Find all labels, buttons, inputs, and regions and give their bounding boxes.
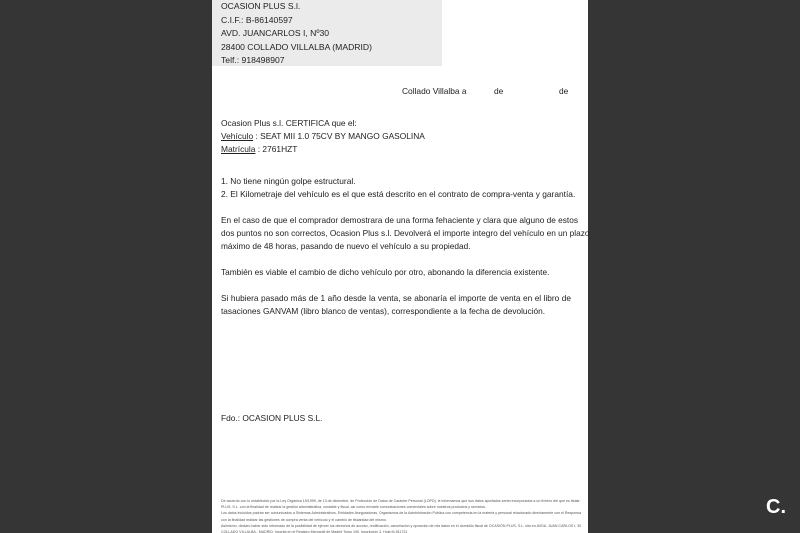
plate-line: Matrícula : 2761HZT (221, 143, 297, 156)
paragraph-exchange: También es viable el cambio de dicho veh… (221, 266, 571, 279)
vehicle-line: Vehículo : SEAT MII 1.0 75CV BY MANGO GA… (221, 130, 425, 143)
date-de-2: de (559, 86, 568, 96)
paragraph-ganvam: Si hubiera pasado más de 1 año desde la … (221, 292, 571, 318)
plate-label: Matrícula (221, 144, 255, 154)
certificate-page: OCASION PLUS S.l. C.I.F.: B-86140597 AVD… (212, 0, 588, 533)
legal-footer: De acuerdo con lo establecido por la Ley… (221, 498, 581, 533)
paragraph-line: También es viable el cambio de dicho veh… (221, 266, 571, 279)
company-cif: C.I.F.: B-86140597 (221, 14, 442, 28)
certifies-intro: Ocasion Plus s.l. CERTIFICA que el: (221, 117, 357, 130)
date-place: Collado Villalba a (402, 86, 467, 96)
legal-line: Los datos incluidos podrán ser comunicad… (221, 510, 581, 516)
legal-line: COLLADO VILLALBA - MADRID. Inscrita en e… (221, 529, 581, 533)
vehicle-value: : SEAT MII 1.0 75CV BY MANGO GASOLINA (255, 131, 424, 141)
date-de-1: de (494, 86, 503, 96)
company-header: OCASION PLUS S.l. C.I.F.: B-86140597 AVD… (212, 0, 442, 66)
paragraph-line: Si hubiera pasado más de 1 año desde la … (221, 292, 571, 305)
point-2: 2. El Kilometraje del vehículo es el que… (221, 188, 575, 201)
date-line: Collado Villalba a de de (402, 86, 572, 98)
point-1: 1. No tiene ningún golpe estructural. (221, 175, 356, 188)
paragraph-line: En el caso de que el comprador demostrar… (221, 214, 571, 227)
plate-value: : 2761HZT (258, 144, 298, 154)
company-address: AVD. JUANCARLOS I, Nº30 (221, 27, 442, 41)
company-name: OCASION PLUS S.l. (221, 0, 442, 14)
paragraph-line: dos puntos no son correctos, Ocasion Plu… (221, 227, 571, 240)
paragraph-line: máximo de 48 horas, pasando de nuevo el … (221, 240, 571, 253)
vehicle-label: Vehículo (221, 131, 253, 141)
paragraph-refund: En el caso de que el comprador demostrar… (221, 214, 571, 253)
company-phone: Telf.: 918498907 (221, 54, 442, 68)
paragraph-line: tasaciones GANVAM (libro blanco de venta… (221, 305, 571, 318)
signature: Fdo.: OCASION PLUS S.L. (221, 412, 322, 425)
company-city: 28400 COLLADO VILLALBA (MADRID) (221, 41, 442, 55)
brand-logo: C. (766, 496, 786, 519)
